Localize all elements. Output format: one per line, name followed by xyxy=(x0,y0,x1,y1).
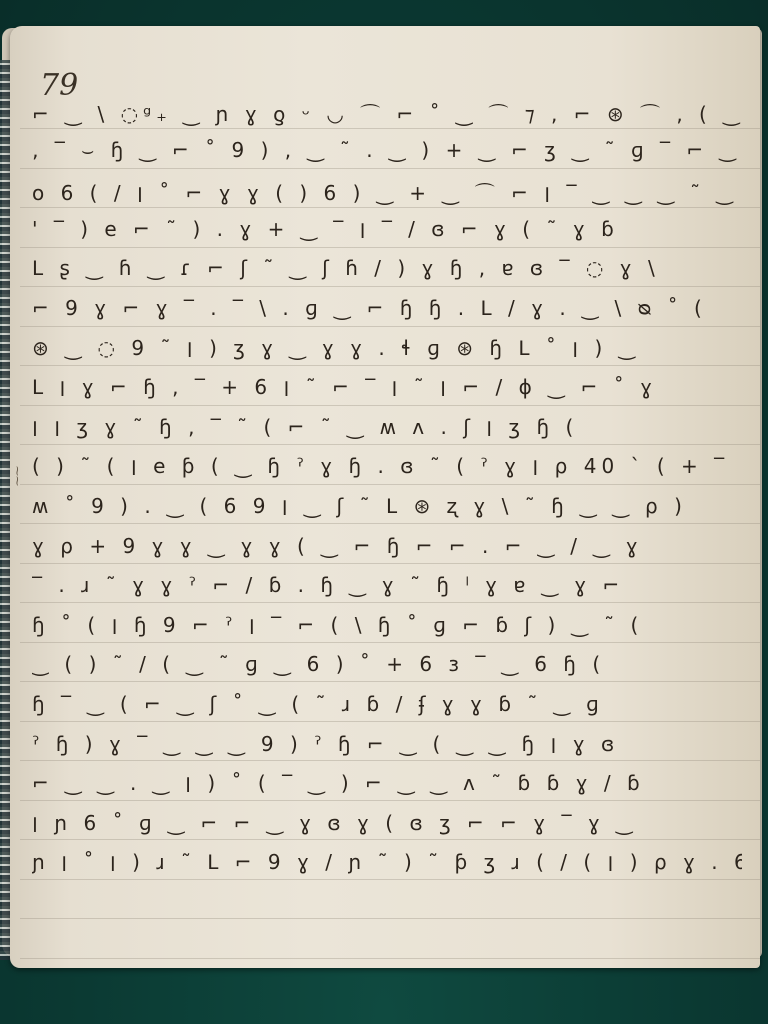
margin-mark: ⁓⁓ xyxy=(11,466,22,486)
shorthand-line: ᒪ ׀ ɣ ⌐ ɧ , ‾ + ׀ ˜ ׀ ‾ ⌐ ˜ ׀ 6 ⌐ / ɸ ‿ … xyxy=(32,375,742,407)
ruled-line xyxy=(20,918,760,919)
notebook-page: 79 ⌐ ‿ \ ◌ᵍ₊ ‿ ɲ ɣ ƍ ᵕ ◡ ⌒ ⌐ ˚ ‿ ⌒ ⁊ , ⌐… xyxy=(10,26,760,968)
shorthand-line: ' ‾ ) e ⌐ ˜ ) . ɣ + ‿ ‾ ׀ ‾ / ɞ ⌐ ɣ ( ˜ … xyxy=(32,217,742,249)
shorthand-line: ‚ ‾ ⌣ ɧ ‿ ⌐ ˚ 9 ) , ‿ ˜ . ‿ ) + ‿ ⌐ ʒ ‿ … xyxy=(32,138,742,170)
shorthand-line: ɲ ׀ ˚ ׀ ) ɹ ˜ ᒪ ⌐ 9 ɣ / ɲ ˜ ) ˜ ƥ ʒ ɹ ( … xyxy=(32,850,742,882)
shorthand-line: ᒪ ʂ ‿ ɦ ‿ ɾ ⌐ ʃ ˜ ‿ ʃ ɦ / ) ɣ ɧ , ɐ ɞ ‾ … xyxy=(32,256,742,288)
shorthand-line: ˀ ɧ ) ɣ ‾ ‿ ‿ ‿ 9 ) ˀ ɧ ⌐ ‿ ( ‿ ‿ ɧ ׀ ɣ … xyxy=(32,732,742,764)
shorthand-line: ɧ ‾ ‿ ( ⌐ ‿ ʃ ˚ ‿ ( ˜ ɹ ɓ / ʄ ɣ ɣ ɓ ˜ ‿ … xyxy=(32,692,742,724)
shorthand-line: ⌐ ‿ \ ◌ᵍ₊ ‿ ɲ ɣ ƍ ᵕ ◡ ⌒ ⌐ ˚ ‿ ⌒ ⁊ , ⌐ ⊛ … xyxy=(32,98,742,130)
shorthand-line: ‿ ( ) ˜ / ( ‿ ˜ ɡ ‿ 6 ) ˚ + 6 ɜ ‾ ‿ 6 ɧ … xyxy=(32,652,742,684)
ruled-line xyxy=(20,958,760,959)
shorthand-line: ⌐ 9 ɣ ⌐ ɣ ‾ . ‾ \ . ɡ ‿ ⌐ ɧ ɧ . ᒪ / ɣ . … xyxy=(32,296,742,328)
shorthand-line: ( ) ˜ ( ׀ e ƥ ( ‿ ɧ ˀ ɣ ɧ . ɞ ˜ ( ˀ ɣ ׀ … xyxy=(32,454,742,486)
shorthand-line: ⊛ ‿ ◌ ׀ ˜ 9 ) ʒ ɣ ‿ ɣ ɣ . ɬ ɡ ⊛ ɧ ᒪ ˚ ׀ … xyxy=(32,336,742,368)
shorthand-line: o 6 ( / ׀ ˚ ⌐ ɣ ɣ ( ) 6 ) ‿ + ‿ ⌒ ⌐ ׀ ‾ … xyxy=(32,177,742,209)
shorthand-line: ɣ ρ + 9 ɣ ɣ ‿ ɣ ɣ ( ‿ ⌐ ɧ ⌐ ⌐ . ⌐ ‿ / ‿ … xyxy=(32,534,742,566)
shorthand-line: ʍ ˚ 9 ) . ‿ ( ׀ 9 6 ‿ ʃ ˜ ᒪ ⊛ ʐ ɣ \ ˜ ɧ … xyxy=(32,494,742,526)
shorthand-line: ‾ . ɹ ˜ ɣ ɣ ˀ ⌐ / ɓ . ɧ ‿ ɣ ˜ ɧ ˡ ɣ ɐ ‿ … xyxy=(32,573,742,605)
shorthand-line: ׀ ׀ ʒ ɣ ˜ ɧ , ‾ ˜ ( ⌐ ˜ ‿ ʍ ʌ . ʃ ׀ ʒ ɧ … xyxy=(32,415,742,447)
shorthand-line: ɧ ˚ ( ׀ ɧ 9 ⌐ ˀ ׀ ‾ ⌐ ( \ ɧ ˚ ɡ ⌐ ɓ ʃ ) … xyxy=(32,613,742,645)
shorthand-line: ׀ ɲ 6 ˚ ɡ ‿ ⌐ ⌐ ‿ ɣ ɞ ɣ ( ɞ ʒ ⌐ ⌐ ɣ ‾ ɣ … xyxy=(32,811,742,843)
shorthand-line: ⌐ ‿ ‿ . ‿ ׀ ) ˚ ( ‾ ‿ ) ⌐ ‿ ‿ ʌ ˜ ɓ ɓ ɣ … xyxy=(32,771,742,803)
